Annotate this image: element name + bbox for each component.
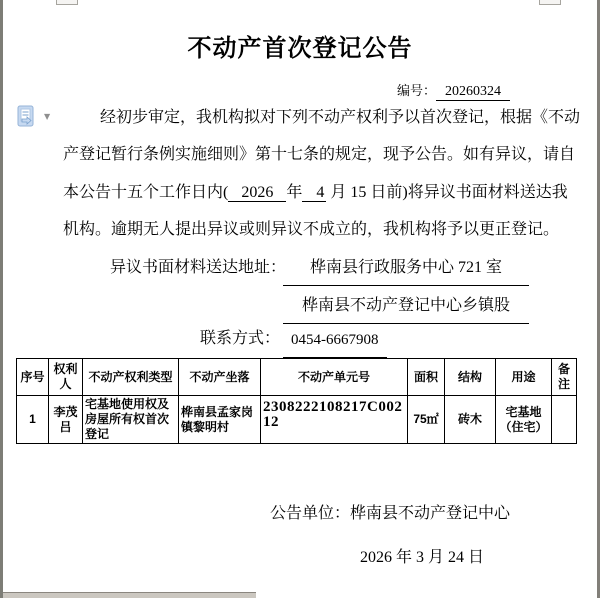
cell-unit-no: 2308222108217C00212 <box>261 396 408 444</box>
col-header-usage: 用途 <box>496 359 552 396</box>
doc-number-label: 编号： <box>397 83 436 98</box>
body-text-line-3: 本公告十五个工作日内(2026年4 月 15 日前)将异议书面材料送达我 <box>63 174 545 212</box>
issuer-line: 公告单位：桦南县不动产登记中心 <box>270 500 510 523</box>
deadline-suffix: 月 15 日前)将异议书面材料送达我 <box>330 184 567 201</box>
address-value-1: 桦南县行政服务中心 721 室 <box>283 250 529 286</box>
table-row: 1 李茂吕 宅基地使用权及房屋所有权首次登记 桦南县孟家岗镇黎明村 230822… <box>17 396 577 444</box>
deadline-year-unit: 年 <box>286 184 302 201</box>
cell-location: 桦南县孟家岗镇黎明村 <box>179 396 261 444</box>
chevron-down-icon: ▼ <box>44 112 50 121</box>
col-header-structure: 结构 <box>445 359 496 396</box>
col-header-location: 不动产坐落 <box>179 359 261 396</box>
col-header-area: 面积 <box>408 359 445 396</box>
col-header-seq: 序号 <box>17 359 49 396</box>
horizontal-scrollbar[interactable] <box>3 592 597 598</box>
document-page: ▼ 不动产首次登记公告 编号：20260324 经初步审定，我机构拟对下列不动产… <box>0 0 600 598</box>
paste-options-button[interactable]: ▼ <box>17 105 53 131</box>
issuer-label: 公告单位： <box>270 505 350 522</box>
issuer-value: 桦南县不动产登记中心 <box>350 505 510 522</box>
contact-value: 0454-6667908 <box>283 322 387 358</box>
ruler-margin-marker-left[interactable] <box>56 0 78 5</box>
page-title: 不动产首次登记公告 <box>0 28 600 63</box>
ruler-margin-marker-right[interactable] <box>539 0 561 5</box>
col-header-right-type: 不动产权利类型 <box>83 359 179 396</box>
clipboard-paste-icon <box>17 116 37 133</box>
contact-label: 联系方式： <box>200 320 280 358</box>
cell-area: 75㎡ <box>408 396 445 444</box>
deadline-month-blank: 4 <box>302 184 326 202</box>
date-line: 2026 年 3 月 24 日 <box>360 544 484 567</box>
col-header-holder: 权利人 <box>49 359 83 396</box>
cell-seq: 1 <box>17 396 49 444</box>
deadline-prefix: 本公告十五个工作日内( <box>63 184 228 201</box>
registration-table: 序号 权利人 不动产权利类型 不动产坐落 不动产单元号 面积 结构 用途 备注 … <box>16 358 577 444</box>
body-text-line-1: 经初步审定，我机构拟对下列不动产权利予以首次登记，根据《不动 <box>63 99 545 137</box>
window-border-left <box>0 0 3 598</box>
address-label: 异议书面材料送达地址： <box>110 249 286 287</box>
horizontal-scrollbar-thumb[interactable] <box>3 592 256 598</box>
cell-holder: 李茂吕 <box>49 396 83 444</box>
deadline-year-blank: 2026 <box>228 184 286 202</box>
cell-usage: 宅基地（住宅） <box>496 396 552 444</box>
doc-number-line: 编号：20260324 <box>397 80 510 101</box>
body-text-line-4: 机构。逾期无人提出异议或则异议不成立的，我机构将予以更正登记。 <box>63 211 545 249</box>
col-header-remark: 备注 <box>552 359 577 396</box>
cell-remark <box>552 396 577 444</box>
cell-structure: 砖木 <box>445 396 496 444</box>
address-value-2: 桦南县不动产登记中心乡镇股 <box>283 288 529 324</box>
col-header-unit-no: 不动产单元号 <box>261 359 408 396</box>
body-text-line-2: 产登记暂行条例实施细则》第十七条的规定，现予公告。如有异议，请自 <box>63 136 545 174</box>
table-header-row: 序号 权利人 不动产权利类型 不动产坐落 不动产单元号 面积 结构 用途 备注 <box>17 359 577 396</box>
cell-right-type: 宅基地使用权及房屋所有权首次登记 <box>83 396 179 444</box>
